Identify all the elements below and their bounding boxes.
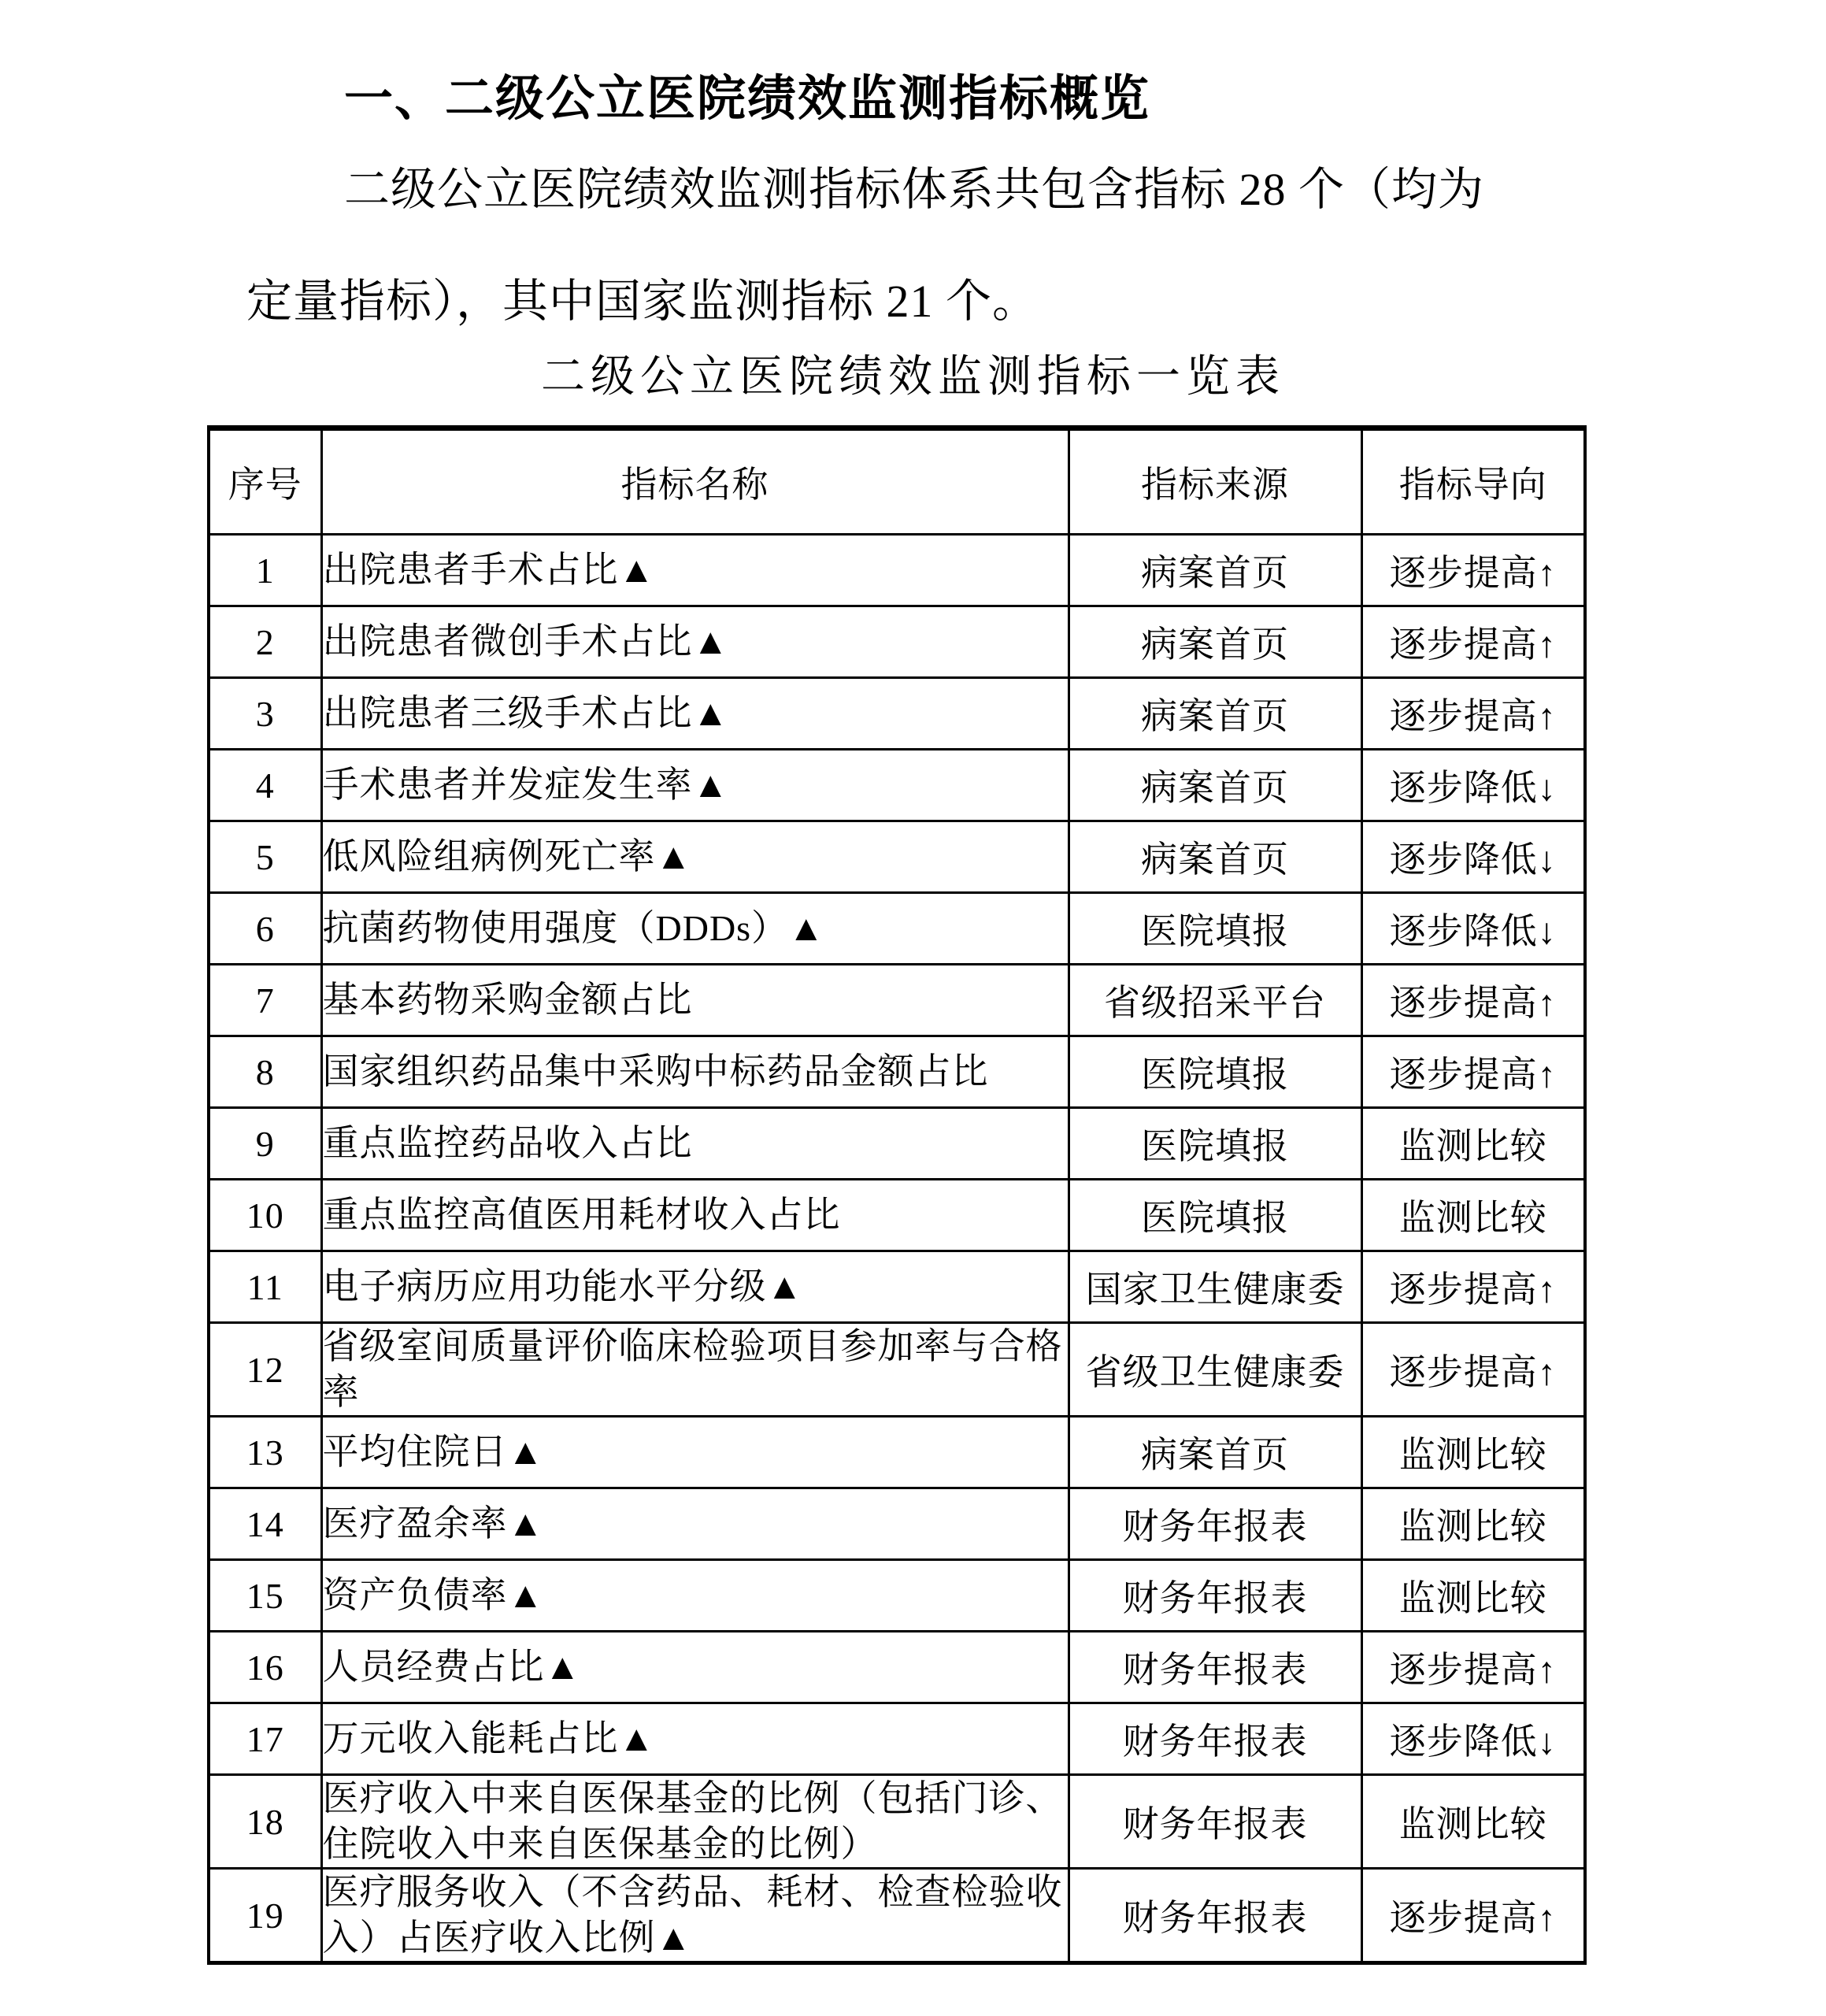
row-number-cell: 16 bbox=[209, 1632, 321, 1703]
indicator-direction-cell: 逐步提高↑ bbox=[1361, 1323, 1585, 1417]
table-row: 19医疗服务收入（不含药品、耗材、检查检验收入）占医疗收入比例▲财务年报表逐步提… bbox=[209, 1869, 1585, 1963]
indicator-source-cell: 财务年报表 bbox=[1069, 1775, 1361, 1869]
indicator-name-cell: 人员经费占比▲ bbox=[321, 1632, 1069, 1703]
row-number-cell: 9 bbox=[209, 1108, 321, 1180]
row-number-cell: 19 bbox=[209, 1869, 321, 1963]
indicator-name-cell: 出院患者微创手术占比▲ bbox=[321, 606, 1069, 678]
table-row: 17万元收入能耗占比▲财务年报表逐步降低↓ bbox=[209, 1703, 1585, 1775]
indicator-name-cell: 医疗收入中来自医保基金的比例（包括门诊、住院收入中来自医保基金的比例） bbox=[321, 1775, 1069, 1869]
document-page: 一、二级公立医院绩效监测指标概览 二级公立医院绩效监测指标体系共包含指标 28 … bbox=[0, 0, 1826, 2016]
row-number-cell: 15 bbox=[209, 1560, 321, 1632]
indicator-name-cell: 医疗服务收入（不含药品、耗材、检查检验收入）占医疗收入比例▲ bbox=[321, 1869, 1069, 1963]
indicator-source-cell: 财务年报表 bbox=[1069, 1632, 1361, 1703]
indicator-name-cell: 出院患者手术占比▲ bbox=[321, 535, 1069, 606]
indicator-name-cell: 重点监控药品收入占比 bbox=[321, 1108, 1069, 1180]
row-number-cell: 10 bbox=[209, 1180, 321, 1251]
row-number-cell: 3 bbox=[209, 678, 321, 750]
indicator-name-cell: 平均住院日▲ bbox=[321, 1417, 1069, 1488]
indicator-direction-cell: 监测比较 bbox=[1361, 1560, 1585, 1632]
indicator-direction-cell: 监测比较 bbox=[1361, 1775, 1585, 1869]
indicator-direction-cell: 监测比较 bbox=[1361, 1108, 1585, 1180]
table-row: 18医疗收入中来自医保基金的比例（包括门诊、住院收入中来自医保基金的比例）财务年… bbox=[209, 1775, 1585, 1869]
indicator-source-cell: 省级招采平台 bbox=[1069, 965, 1361, 1036]
indicator-name-cell: 低风险组病例死亡率▲ bbox=[321, 821, 1069, 893]
table-row: 1出院患者手术占比▲病案首页逐步提高↑ bbox=[209, 535, 1585, 606]
row-number-cell: 7 bbox=[209, 965, 321, 1036]
indicator-name-cell: 电子病历应用功能水平分级▲ bbox=[321, 1251, 1069, 1323]
row-number-cell: 11 bbox=[209, 1251, 321, 1323]
indicator-name-cell: 省级室间质量评价临床检验项目参加率与合格率 bbox=[321, 1323, 1069, 1417]
row-number-cell: 6 bbox=[209, 893, 321, 965]
indicator-source-cell: 病案首页 bbox=[1069, 678, 1361, 750]
table-header-row: 序号 指标名称 指标来源 指标导向 bbox=[209, 428, 1585, 535]
table-row: 8国家组织药品集中采购中标药品金额占比医院填报逐步提高↑ bbox=[209, 1036, 1585, 1108]
indicator-source-cell: 病案首页 bbox=[1069, 606, 1361, 678]
section-heading: 一、二级公立医院绩效监测指标概览 bbox=[344, 65, 1150, 134]
indicator-direction-cell: 逐步提高↑ bbox=[1361, 1036, 1585, 1108]
header-cell-name: 指标名称 bbox=[321, 428, 1069, 535]
table-row: 9重点监控药品收入占比医院填报监测比较 bbox=[209, 1108, 1585, 1180]
indicator-direction-cell: 逐步提高↑ bbox=[1361, 606, 1585, 678]
indicator-name-cell: 重点监控高值医用耗材收入占比 bbox=[321, 1180, 1069, 1251]
table-row: 16人员经费占比▲财务年报表逐步提高↑ bbox=[209, 1632, 1585, 1703]
table-row: 11电子病历应用功能水平分级▲国家卫生健康委逐步提高↑ bbox=[209, 1251, 1585, 1323]
header-cell-direction: 指标导向 bbox=[1361, 428, 1585, 535]
indicator-direction-cell: 逐步提高↑ bbox=[1361, 678, 1585, 750]
header-cell-no: 序号 bbox=[209, 428, 321, 535]
indicator-source-cell: 财务年报表 bbox=[1069, 1488, 1361, 1560]
row-number-cell: 2 bbox=[209, 606, 321, 678]
indicator-direction-cell: 逐步提高↑ bbox=[1361, 1869, 1585, 1963]
indicator-direction-cell: 逐步提高↑ bbox=[1361, 965, 1585, 1036]
table-row: 14医疗盈余率▲财务年报表监测比较 bbox=[209, 1488, 1585, 1560]
paragraph-line-1: 二级公立医院绩效监测指标体系共包含指标 28 个（均为 bbox=[344, 156, 1484, 224]
row-number-cell: 4 bbox=[209, 750, 321, 821]
table-row: 15资产负债率▲财务年报表监测比较 bbox=[209, 1560, 1585, 1632]
table-row: 4手术患者并发症发生率▲病案首页逐步降低↓ bbox=[209, 750, 1585, 821]
indicator-name-cell: 手术患者并发症发生率▲ bbox=[321, 750, 1069, 821]
indicator-direction-cell: 逐步降低↓ bbox=[1361, 821, 1585, 893]
indicator-direction-cell: 逐步提高↑ bbox=[1361, 535, 1585, 606]
indicator-name-cell: 医疗盈余率▲ bbox=[321, 1488, 1069, 1560]
indicator-source-cell: 医院填报 bbox=[1069, 1180, 1361, 1251]
table-row: 12省级室间质量评价临床检验项目参加率与合格率省级卫生健康委逐步提高↑ bbox=[209, 1323, 1585, 1417]
indicator-source-cell: 病案首页 bbox=[1069, 821, 1361, 893]
row-number-cell: 1 bbox=[209, 535, 321, 606]
row-number-cell: 18 bbox=[209, 1775, 321, 1869]
indicator-name-cell: 出院患者三级手术占比▲ bbox=[321, 678, 1069, 750]
row-number-cell: 17 bbox=[209, 1703, 321, 1775]
indicator-source-cell: 财务年报表 bbox=[1069, 1560, 1361, 1632]
indicator-direction-cell: 逐步降低↓ bbox=[1361, 750, 1585, 821]
table-row: 13平均住院日▲病案首页监测比较 bbox=[209, 1417, 1585, 1488]
table-title: 二级公立医院绩效监测指标一览表 bbox=[0, 343, 1826, 411]
indicator-source-cell: 医院填报 bbox=[1069, 893, 1361, 965]
indicator-table: 序号 指标名称 指标来源 指标导向 1出院患者手术占比▲病案首页逐步提高↑2出院… bbox=[207, 425, 1587, 1965]
indicator-source-cell: 病案首页 bbox=[1069, 750, 1361, 821]
indicator-source-cell: 病案首页 bbox=[1069, 535, 1361, 606]
row-number-cell: 14 bbox=[209, 1488, 321, 1560]
indicator-direction-cell: 逐步提高↑ bbox=[1361, 1251, 1585, 1323]
indicator-name-cell: 抗菌药物使用强度（DDDs）▲ bbox=[321, 893, 1069, 965]
row-number-cell: 8 bbox=[209, 1036, 321, 1108]
indicator-name-cell: 基本药物采购金额占比 bbox=[321, 965, 1069, 1036]
indicator-direction-cell: 监测比较 bbox=[1361, 1488, 1585, 1560]
indicator-direction-cell: 监测比较 bbox=[1361, 1180, 1585, 1251]
paragraph-line-2: 定量指标），其中国家监测指标 21 个。 bbox=[246, 268, 1039, 335]
row-number-cell: 5 bbox=[209, 821, 321, 893]
indicator-direction-cell: 逐步降低↓ bbox=[1361, 1703, 1585, 1775]
table-row: 5低风险组病例死亡率▲病案首页逐步降低↓ bbox=[209, 821, 1585, 893]
table-row: 10重点监控高值医用耗材收入占比医院填报监测比较 bbox=[209, 1180, 1585, 1251]
table-row: 3出院患者三级手术占比▲病案首页逐步提高↑ bbox=[209, 678, 1585, 750]
indicator-source-cell: 病案首页 bbox=[1069, 1417, 1361, 1488]
indicator-name-cell: 万元收入能耗占比▲ bbox=[321, 1703, 1069, 1775]
indicator-direction-cell: 监测比较 bbox=[1361, 1417, 1585, 1488]
indicator-source-cell: 国家卫生健康委 bbox=[1069, 1251, 1361, 1323]
indicator-direction-cell: 逐步提高↑ bbox=[1361, 1632, 1585, 1703]
indicator-source-cell: 财务年报表 bbox=[1069, 1703, 1361, 1775]
table-row: 2出院患者微创手术占比▲病案首页逐步提高↑ bbox=[209, 606, 1585, 678]
row-number-cell: 13 bbox=[209, 1417, 321, 1488]
indicator-source-cell: 医院填报 bbox=[1069, 1108, 1361, 1180]
indicator-name-cell: 国家组织药品集中采购中标药品金额占比 bbox=[321, 1036, 1069, 1108]
table-row: 6抗菌药物使用强度（DDDs）▲医院填报逐步降低↓ bbox=[209, 893, 1585, 965]
indicator-direction-cell: 逐步降低↓ bbox=[1361, 893, 1585, 965]
header-cell-source: 指标来源 bbox=[1069, 428, 1361, 535]
indicator-source-cell: 财务年报表 bbox=[1069, 1869, 1361, 1963]
indicator-name-cell: 资产负债率▲ bbox=[321, 1560, 1069, 1632]
table-row: 7基本药物采购金额占比省级招采平台逐步提高↑ bbox=[209, 965, 1585, 1036]
indicator-source-cell: 省级卫生健康委 bbox=[1069, 1323, 1361, 1417]
row-number-cell: 12 bbox=[209, 1323, 321, 1417]
indicator-source-cell: 医院填报 bbox=[1069, 1036, 1361, 1108]
